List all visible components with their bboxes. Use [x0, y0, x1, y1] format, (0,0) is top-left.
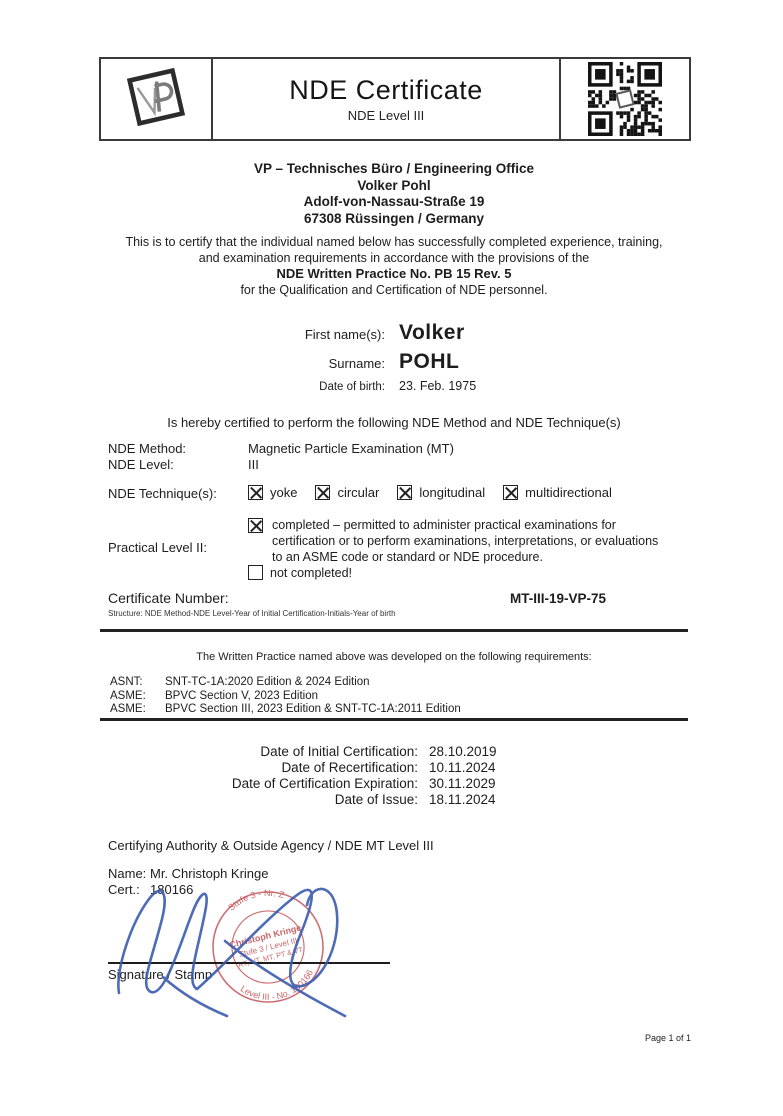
date-label: Date of Issue: [100, 792, 429, 807]
dob-value: 23. Feb. 1975 [399, 379, 476, 393]
practical-option-text: completed – permitted to administer prac… [272, 517, 668, 565]
techniques-row: yoke circular longitudinal multidirectio… [248, 485, 621, 500]
date-label: Date of Recertification: [100, 760, 429, 775]
date-row: Date of Initial Certification: 28.10.201… [100, 744, 688, 759]
written-practice-line: NDE Written Practice No. PB 15 Rev. 5 [100, 266, 688, 282]
date-value: 30.11.2029 [429, 776, 496, 791]
first-name-row: First name(s): Volker [100, 321, 688, 345]
office-address: VP – Technisches Büro / Engineering Offi… [100, 161, 688, 227]
nde-level-label: NDE Level: [108, 457, 174, 472]
qr-code-icon [588, 62, 662, 136]
certificate-number-value: MT-III-19-VP-75 [510, 591, 606, 606]
office-line: VP – Technisches Büro / Engineering Offi… [100, 161, 688, 178]
technique-item: longitudinal [397, 485, 485, 500]
certificate-title: NDE Certificate [289, 75, 483, 106]
surname-row: Surname: POHL [100, 350, 688, 374]
certify-paragraph: This is to certify that the individual n… [100, 234, 688, 298]
office-line: 67308 Rüssingen / Germany [100, 211, 688, 228]
title-cell: NDE Certificate NDE Level III [213, 59, 559, 139]
date-row: Date of Certification Expiration: 30.11.… [100, 776, 688, 791]
practical-label: Practical Level II: [108, 540, 207, 555]
practical-option-completed: completed – permitted to administer prac… [248, 517, 668, 565]
requirement-org: ASME: [110, 690, 165, 704]
qr-cell [559, 59, 689, 139]
date-row: Date of Recertification: 10.11.2024 [100, 760, 688, 775]
date-label: Date of Certification Expiration: [100, 776, 429, 791]
requirement-org: ASME: [110, 703, 165, 717]
date-row: Date of Issue: 18.11.2024 [100, 792, 688, 807]
signature-stroke [105, 875, 375, 1020]
certify-line: for the Qualification and Certification … [100, 282, 688, 298]
requirement-text: SNT-TC-1A:2020 Edition & 2024 Edition [165, 676, 370, 690]
checkbox-icon [503, 485, 518, 500]
dob-label: Date of birth: [100, 381, 399, 393]
checkbox-icon [315, 485, 330, 500]
first-name-value: Volker [399, 321, 465, 345]
certificate-number-label: Certificate Number: [108, 590, 229, 606]
date-value: 18.11.2024 [429, 792, 496, 807]
technique-label: multidirectional [525, 485, 612, 500]
requirement-org: ASNT: [110, 676, 165, 690]
checkbox-icon [397, 485, 412, 500]
nde-level-value: III [248, 457, 259, 472]
practical-option-not-completed: not completed! [248, 565, 352, 580]
first-name-label: First name(s): [100, 327, 399, 342]
date-label: Date of Initial Certification: [100, 744, 429, 759]
date-value: 28.10.2019 [429, 744, 497, 759]
certificate-page: NDE Certificate NDE Level III VP – Techn… [0, 0, 783, 1116]
requirements-heading: The Written Practice named above was dev… [100, 651, 688, 663]
practical-option-text: not completed! [270, 566, 352, 580]
certify-line: This is to certify that the individual n… [100, 234, 688, 250]
requirement-row: ASME: BPVC Section V, 2023 Edition [110, 690, 461, 704]
technique-label: yoke [270, 485, 297, 500]
checkbox-icon [248, 485, 263, 500]
checkbox-icon [248, 565, 263, 580]
nde-method-label: NDE Method: [108, 441, 186, 456]
technique-item: multidirectional [503, 485, 612, 500]
technique-label: circular [337, 485, 379, 500]
requirement-text: BPVC Section III, 2023 Edition & SNT-TC-… [165, 703, 461, 717]
technique-item: circular [315, 485, 379, 500]
office-line: Adolf-von-Nassau-Straße 19 [100, 194, 688, 211]
techniques-label: NDE Technique(s): [108, 486, 217, 501]
section-divider [100, 718, 688, 721]
checkbox-icon [248, 518, 263, 533]
page-number: Page 1 of 1 [645, 1033, 691, 1043]
vp-logo-icon [123, 62, 189, 137]
authority-heading: Certifying Authority & Outside Agency / … [108, 838, 434, 853]
certificate-structure-note: Structure: NDE Method-NDE Level-Year of … [108, 609, 396, 618]
certify-line: and examination requirements in accordan… [100, 250, 688, 266]
technique-label: longitudinal [419, 485, 485, 500]
dob-row: Date of birth: 23. Feb. 1975 [100, 379, 688, 393]
surname-value: POHL [399, 350, 459, 374]
requirements-list: ASNT: SNT-TC-1A:2020 Edition & 2024 Edit… [110, 676, 461, 717]
date-value: 10.11.2024 [429, 760, 496, 775]
technique-item: yoke [248, 485, 297, 500]
section-divider [100, 629, 688, 632]
logo-cell [101, 59, 213, 139]
certificate-subtitle: NDE Level III [348, 108, 425, 123]
requirement-row: ASME: BPVC Section III, 2023 Edition & S… [110, 703, 461, 717]
certified-statement: Is hereby certified to perform the follo… [100, 415, 688, 430]
surname-label: Surname: [100, 356, 399, 371]
requirement-text: BPVC Section V, 2023 Edition [165, 690, 318, 704]
office-line: Volker Pohl [100, 178, 688, 195]
certificate-header: NDE Certificate NDE Level III [99, 57, 691, 141]
requirement-row: ASNT: SNT-TC-1A:2020 Edition & 2024 Edit… [110, 676, 461, 690]
nde-method-value: Magnetic Particle Examination (MT) [248, 441, 454, 456]
